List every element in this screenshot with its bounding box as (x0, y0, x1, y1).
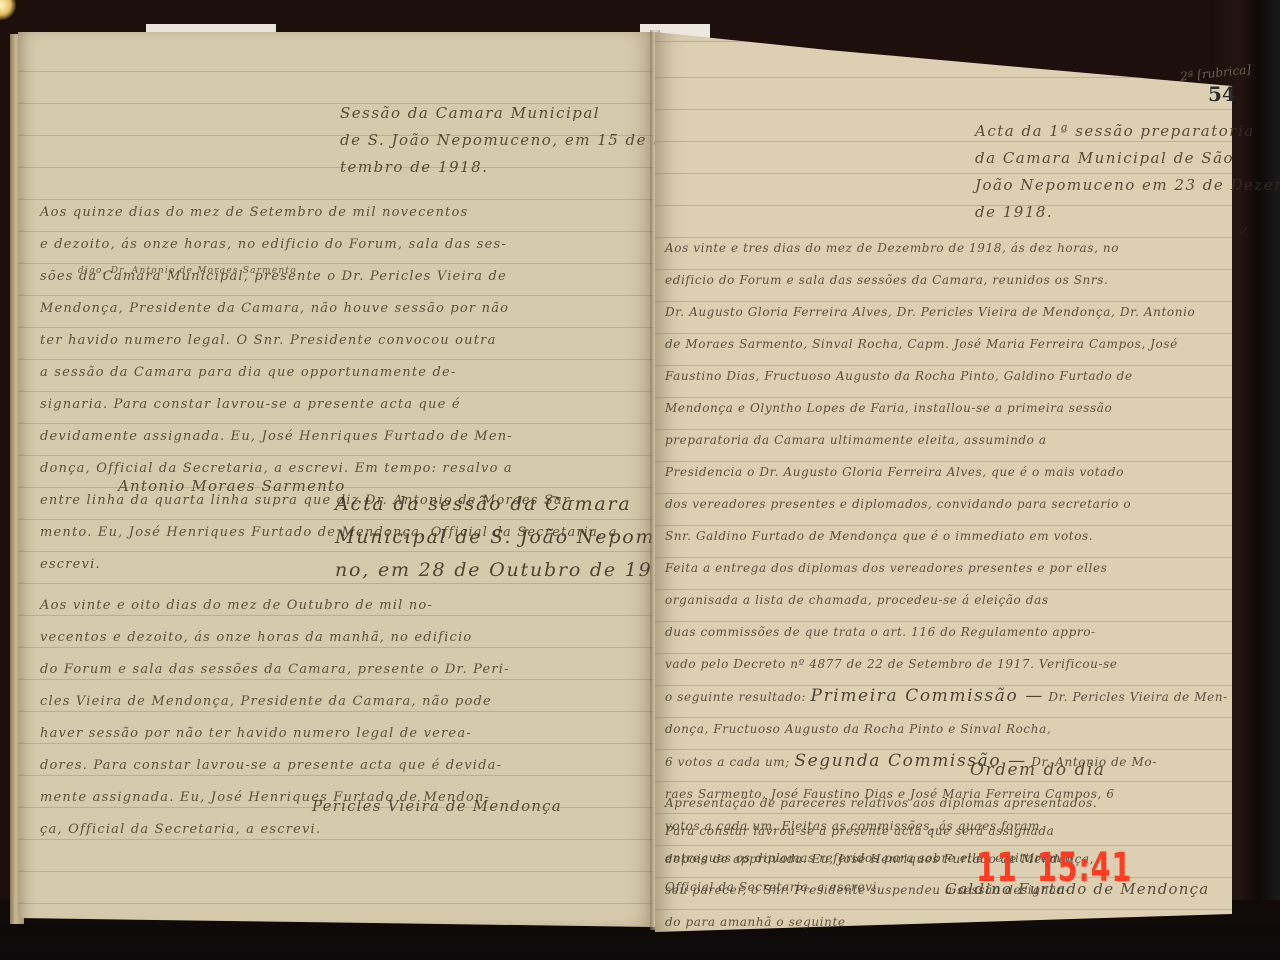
text-line: vado pelo Decreto nº 4877 de 22 de Setem… (665, 648, 1228, 680)
corner-annotation: 2ª [rubrica] (1179, 62, 1251, 83)
heading-line: de S. João Nepomuceno, em 15 de Se- (340, 127, 682, 154)
text-line: o seguinte resultado: Primeira Commissão… (665, 680, 1228, 713)
text-line: ter havido numero legal. O Snr. Presiden… (40, 325, 618, 357)
text-line: preparatoria da Camara ultimamente eleit… (665, 424, 1228, 456)
text-line: Snr. Galdino Furtado de Mendonça que é o… (665, 520, 1228, 552)
heading-line: da Camara Municipal de São (975, 145, 1280, 172)
right-heading: Acta da 1ª sessão preparatoria da Camara… (975, 118, 1280, 226)
text-line: Apresentação de pareceres relativos aos … (665, 789, 1097, 817)
order-of-day-heading: Ordem do dia (970, 757, 1106, 784)
text-line: Mendonça e Olyntho Lopes de Faria, insta… (665, 392, 1228, 424)
vote-count: 6 votos a cada um; (665, 755, 790, 769)
heading-line: Acta da 1ª sessão preparatoria (975, 118, 1280, 145)
text-line: donça, Fructuoso Augusto da Rocha Pinto … (665, 713, 1228, 745)
text-line: do para amanhã o seguinte (665, 906, 1228, 938)
heading-line: no, em 28 de Outubro de 1918. (335, 554, 703, 587)
open-ledger: Sessão da Camara Municipal de S. João Ne… (0, 0, 1280, 960)
text-line: de Moraes Sarmento, Sinval Rocha, Capm. … (665, 328, 1228, 360)
commission-members: Dr. Pericles Vieira de Men- (1048, 690, 1227, 704)
text-line: Mendonça, Presidente da Camara, não houv… (40, 293, 618, 325)
text-line: Dr. Augusto Gloria Ferreira Alves, Dr. P… (665, 296, 1228, 328)
text-line: haver sessão por não ter havido numero l… (40, 718, 510, 750)
signature-mendonca: Pericles Vieira de Mendonça (312, 790, 562, 822)
page-number: 54 (1208, 82, 1236, 106)
text-line: dos vereadores presentes e diplomados, c… (665, 488, 1228, 520)
text-line: Feita a entrega dos diplomas dos vereado… (665, 552, 1228, 584)
text-line: 6 votos a cada um; Segunda Commissão — D… (665, 745, 1228, 778)
text-line: Aos vinte e oito dias do mez de Outubro … (40, 590, 510, 622)
text-line: signaria. Para constar lavrou-se a prese… (40, 389, 618, 421)
left-heading-1: Sessão da Camara Municipal de S. João Ne… (340, 100, 682, 181)
first-commission-label: Primeira Commissão — (811, 686, 1044, 706)
text-line: Faustino Dias, Fructuoso Augusto da Roch… (665, 360, 1228, 392)
text-line: dores. Para constar lavrou-se a presente… (40, 750, 510, 782)
text-line: Aos quinze dias do mez de Setembro de mi… (40, 197, 618, 229)
text-line: duas commissões de que trata o art. 116 … (665, 616, 1228, 648)
text-line: e dezoito, ás onze horas, no edificio do… (40, 229, 618, 261)
heading-line: tembro de 1918. (340, 154, 682, 181)
text-line: Presidencia o Dr. Augusto Gloria Ferreir… (665, 456, 1228, 488)
heading-line: Municipal de S. João Nepomuce- (335, 521, 703, 554)
heading-line: de 1918. (975, 199, 1280, 226)
text-line: a sessão da Camara para dia que opportun… (40, 357, 618, 389)
text-line: do Forum e sala das sessões da Camara, p… (40, 654, 510, 686)
left-heading-2: Acta da sessão da Camara Municipal de S.… (335, 488, 703, 587)
text-line: organisada a lista de chamada, procedeu-… (665, 584, 1228, 616)
result-intro: o seguinte resultado: (665, 690, 806, 704)
text-line: Aos vinte e tres dias do mez de Dezembro… (665, 232, 1228, 264)
heading-line: Acta da sessão da Camara (335, 488, 703, 521)
text-line: cles Vieira de Mendonça, Presidente da C… (40, 686, 510, 718)
text-line: Para constar lavrou-se a presente acta q… (665, 817, 1097, 845)
camera-timestamp-overlay: 11 15:41 (976, 845, 1132, 891)
text-line: edificio do Forum e sala das sessões da … (665, 264, 1228, 296)
text-line: devidamente assignada. Eu, José Henrique… (40, 421, 618, 453)
heading-line: João Nepomuceno em 23 de Dezembro (975, 172, 1280, 199)
text-line: vecentos e dezoito, ás onze horas da man… (40, 622, 510, 654)
signature-sarmento: Antonio Moraes Sarmento (118, 470, 345, 502)
interlinear-correction: digo, Dr. Antonio de Moraes Sarmento (78, 265, 297, 277)
heading-line: Sessão da Camara Municipal (340, 100, 682, 127)
check-mark-icon: ✓ (1238, 224, 1250, 240)
